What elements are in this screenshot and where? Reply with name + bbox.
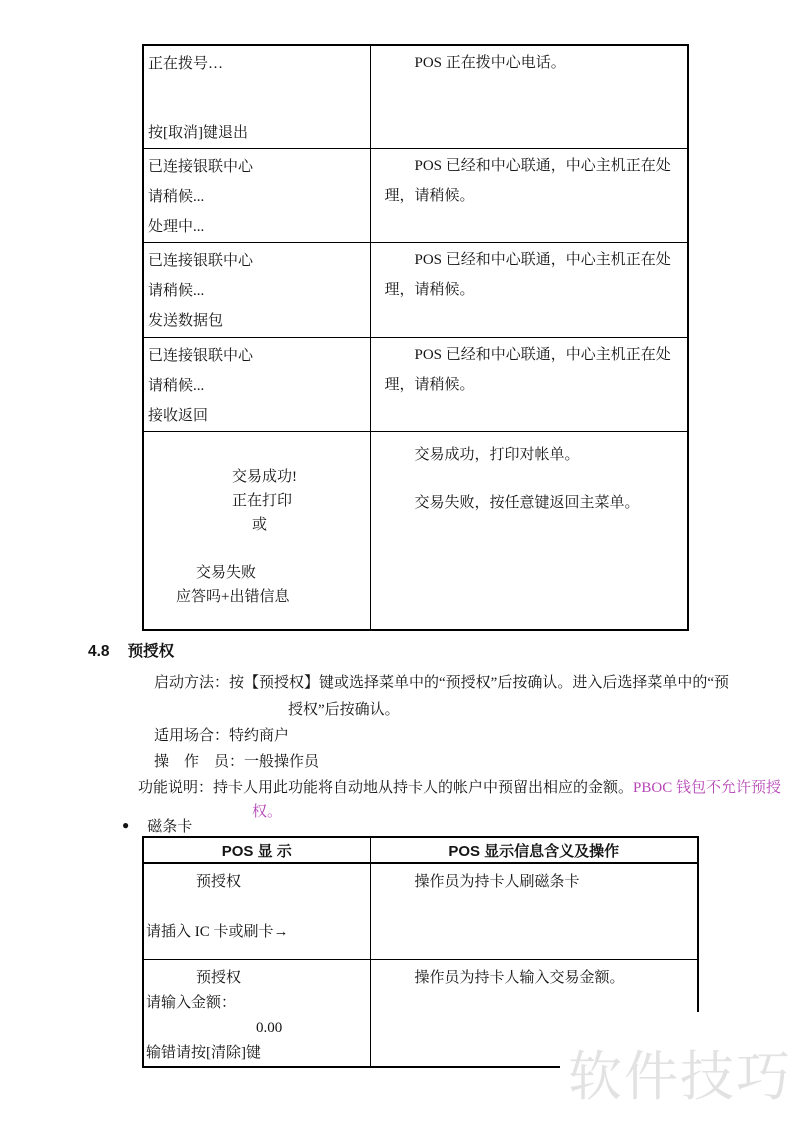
text-line: 预授权 [196,870,368,895]
header-pos-display: POS 显 示 [143,837,370,863]
text-line: 按[取消]键退出 [148,118,368,148]
paragraph-line: 功能说明：持卡人用此功能将自动地从持卡人的帐户中预留出相应的金额。PBOC 钱包… [138,776,781,797]
text-line: 正在拨号… [148,49,368,79]
table-row: 已连接银联中心 请稍候... 发送数据包 POS 已经和中心联通，中心主机正在处… [143,243,688,338]
pos-display-cell: 预授权 请插入 IC 卡或刷卡→ [143,863,370,959]
blank-line [146,895,368,920]
text-line: 交易失败 [196,561,368,585]
watermark: 软件技巧 [560,1012,800,1132]
function-note-magenta: PBOC 钱包不允许预授 [633,780,781,796]
section-heading: 4.8预授权 [88,639,174,661]
pos-display-cell: 交易成功! 正在打印 或 交易失败 应答吗+出错信息 [143,432,370,630]
blank-line [148,537,368,561]
table-row: 交易成功! 正在打印 或 交易失败 应答吗+出错信息 交易成功，打印对帐单。 交… [143,432,688,630]
text-line: 正在打印 [232,489,368,513]
text-line: 理，请稍候。 [385,181,680,211]
table-row: 已连接银联中心 请稍候... 处理中... POS 已经和中心联通，中心主机正在… [143,149,688,243]
text-line: 请稍候... [148,371,368,401]
pos-meaning-cell: POS 正在拨中心电话。 [370,45,688,149]
pos-display-cell: 已连接银联中心 请稍候... 发送数据包 [143,243,370,338]
text-line: 交易成功! [232,465,368,489]
paragraph-line: 适用场合：特约商户 [154,724,289,745]
text-line: POS 正在拨中心电话。 [385,48,680,78]
bullet-icon: ● [122,818,129,832]
pos-display-cell: 已连接银联中心 请稍候... 接收返回 [143,338,370,432]
pos-meaning-cell: POS 已经和中心联通，中心主机正在处 理，请稍候。 [370,243,688,338]
pos-display-cell: 已连接银联中心 请稍候... 处理中... [143,149,370,243]
table-row: 正在拨号… 按[取消]键退出 POS 正在拨中心电话。 [143,45,688,149]
table-row: 预授权 请插入 IC 卡或刷卡→ 操作员为持卡人刷磁条卡 [143,863,698,959]
section-number: 4.8 [88,643,110,660]
text-line: 或 [252,513,368,537]
paragraph-line: 启动方法：按【预授权】键或选择菜单中的“预授权”后按确认。进入后选择菜单中的“预 [154,671,729,692]
text-line: POS 已经和中心联通，中心主机正在处 [385,151,680,181]
pos-display-cell: 正在拨号… 按[取消]键退出 [143,45,370,149]
header-pos-meaning: POS 显示信息含义及操作 [370,837,698,863]
text-line: 理，请稍候。 [385,370,680,400]
text-line: 理，请稍候。 [385,275,680,305]
text-line: 请稍候... [148,276,368,306]
paragraph-line-magenta: 权。 [252,800,282,821]
pos-meaning-cell: POS 已经和中心联通，中心主机正在处 理，请稍候。 [370,338,688,432]
bullet-label: 磁条卡 [147,819,192,835]
text-line: 处理中... [148,212,368,242]
text-line: 交易成功，打印对帐单。 [385,443,680,467]
text-line: 应答吗+出错信息 [176,585,368,609]
text-line: 操作员为持卡人输入交易金额。 [385,966,690,991]
function-note-black: 功能说明：持卡人用此功能将自动地从持卡人的帐户中预留出相应的金额。 [138,780,633,796]
table-header-row: POS 显 示 POS 显示信息含义及操作 [143,837,698,863]
pos-status-table: 正在拨号… 按[取消]键退出 POS 正在拨中心电话。 已连接银联中心 请稍候.… [142,44,689,631]
text-line: 操作员为持卡人刷磁条卡 [385,870,690,895]
text-line: POS 已经和中心联通，中心主机正在处 [385,245,680,275]
paragraph-line: 授权”后按确认。 [288,698,400,719]
paragraph-line: 操 作 员：一般操作员 [154,750,319,771]
text-line: 预授权 [196,966,368,991]
text-line: 已连接银联中心 [148,152,368,182]
pos-display-cell: 预授权 请输入金额： 0.00 输错请按[清除]键 [143,959,370,1067]
text-line: 交易失败，按任意键返回主菜单。 [385,491,680,515]
text-line: 请输入金额： [146,991,368,1016]
pos-meaning-cell: 交易成功，打印对帐单。 交易失败，按任意键返回主菜单。 [370,432,688,630]
blank-line [385,467,680,491]
section-title: 预授权 [128,643,175,660]
text-line: 接收返回 [148,401,368,431]
pos-meaning-cell: 操作员为持卡人刷磁条卡 [370,863,698,959]
text-line: 请插入 IC 卡或刷卡→ [146,920,368,945]
text-line: 输错请按[清除]键 [146,1041,368,1066]
text-line: POS 已经和中心联通，中心主机正在处 [385,340,680,370]
text-line: 请稍候... [148,182,368,212]
pos-meaning-cell: POS 已经和中心联通，中心主机正在处 理，请稍候。 [370,149,688,243]
bullet-line: ●磁条卡 [122,815,192,836]
text-line: 已连接银联中心 [148,341,368,371]
table-row: 已连接银联中心 请稍候... 接收返回 POS 已经和中心联通，中心主机正在处 … [143,338,688,432]
text-line: 0.00 [256,1016,368,1041]
text-line: 已连接银联中心 [148,246,368,276]
text-line: 发送数据包 [148,306,368,336]
